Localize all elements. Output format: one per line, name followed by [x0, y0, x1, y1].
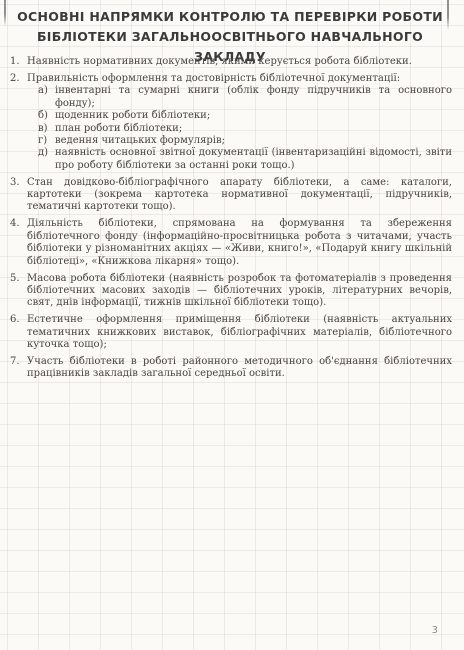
document-page: ОСНОВНІ НАПРЯМКИ КОНТРОЛЮ ТА ПЕРЕВІРКИ Р…	[0, 0, 464, 650]
list-item-4: 4. Діяльність бібліотеки, спрямована на …	[10, 218, 452, 268]
list-item-1: 1. Наявність нормативних документів, яки…	[10, 56, 452, 68]
sub-item-b: б) щоденник роботи бібліотеки;	[27, 110, 452, 122]
item-number: 2.	[10, 73, 27, 172]
sub-item-letter: д)	[27, 147, 55, 172]
list-item-5: 5. Масова робота бібліотеки (наявність р…	[10, 273, 452, 310]
item-text: Масова робота бібліотеки (наявність розр…	[27, 273, 452, 310]
sub-item-text: наявність основної звітної документації …	[55, 147, 452, 172]
item-number: 1.	[10, 56, 27, 68]
title-box-border-left	[4, 0, 6, 26]
item-number: 5.	[10, 273, 27, 310]
item-text: Наявність нормативних документів, якими …	[27, 56, 452, 68]
sub-item-letter: а)	[27, 85, 55, 110]
item-body: Правильність оформлення та достовірність…	[27, 73, 452, 172]
list-item-2: 2. Правильність оформлення та достовірні…	[10, 73, 452, 172]
sub-item-letter: в)	[27, 123, 55, 135]
document-body: 1. Наявність нормативних документів, яки…	[10, 56, 452, 385]
item-number: 3.	[10, 177, 27, 214]
list-item-7: 7. Участь бібліотеки в роботі районного …	[10, 356, 452, 381]
list-item-6: 6. Естетичне оформлення приміщення біблі…	[10, 314, 452, 351]
sub-item-h: г) ведення читацьких формулярів;	[27, 135, 452, 147]
item-text: Стан довідково-бібліографічного апарату …	[27, 177, 452, 214]
sub-item-d: д) наявність основної звітної документац…	[27, 147, 452, 172]
item-number: 4.	[10, 218, 27, 268]
sub-item-a: а) інвентарні та сумарні книги (облік фо…	[27, 85, 452, 110]
item-text: Естетичне оформлення приміщення бібліоте…	[27, 314, 452, 351]
sub-item-letter: г)	[27, 135, 55, 147]
page-number: 3	[432, 625, 438, 636]
sub-item-text: інвентарні та сумарні книги (облік фонду…	[55, 85, 452, 110]
sub-item-text: ведення читацьких формулярів;	[55, 135, 452, 147]
item-number: 6.	[10, 314, 27, 351]
item-text: Правильність оформлення та достовірність…	[27, 73, 452, 85]
sub-item-text: щоденник роботи бібліотеки;	[55, 110, 452, 122]
item-text: Участь бібліотеки в роботі районного мет…	[27, 356, 452, 381]
list-item-3: 3. Стан довідково-бібліографічного апара…	[10, 177, 452, 214]
sub-item-text: план роботи бібліотеки;	[55, 123, 452, 135]
item-text: Діяльність бібліотеки, спрямована на фор…	[27, 218, 452, 268]
sub-item-letter: б)	[27, 110, 55, 122]
sub-item-v: в) план роботи бібліотеки;	[27, 123, 452, 135]
item-number: 7.	[10, 356, 27, 381]
title-box-border-right	[447, 0, 449, 30]
page-title-line-1: ОСНОВНІ НАПРЯМКИ КОНТРОЛЮ ТА ПЕРЕВІРКИ Р…	[14, 7, 446, 27]
